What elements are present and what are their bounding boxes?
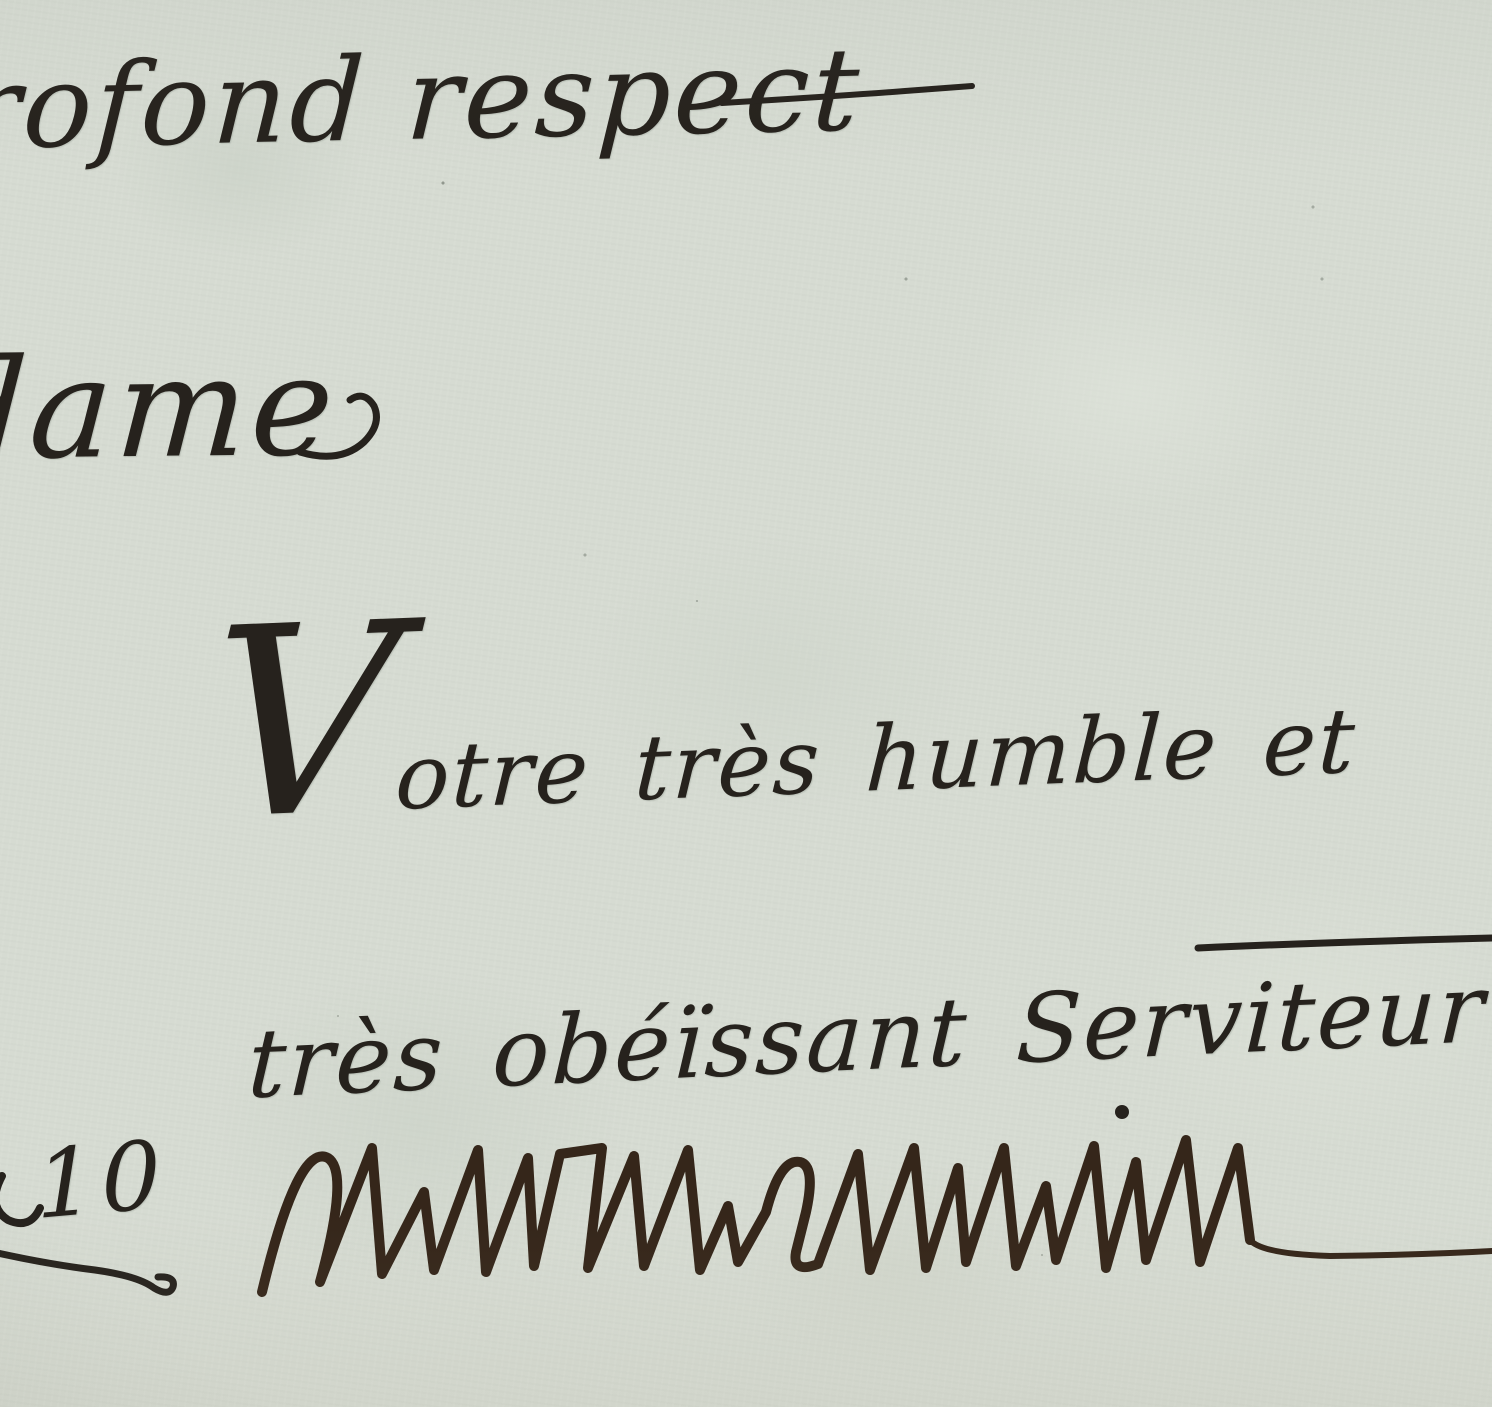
ink-dot xyxy=(1115,1105,1129,1119)
date-underline-flourish xyxy=(0,1250,173,1292)
date-fragment: 10 xyxy=(34,1129,168,1235)
manuscript-page: rofond respect dame Votre très humble et… xyxy=(0,0,1492,1407)
date-leading-curve xyxy=(0,1176,40,1223)
signature-underline xyxy=(1250,1240,1492,1256)
line-respect-fragment: rofond respect xyxy=(0,33,864,167)
flourish-et-dash xyxy=(1198,938,1492,948)
line-madame-fragment: dame xyxy=(0,338,341,480)
closing-line-1: Votre très humble et xyxy=(205,682,1359,831)
signature-scrawl xyxy=(262,1140,1250,1292)
closing-line-2: très obéïssant Serviteur xyxy=(246,962,1488,1113)
